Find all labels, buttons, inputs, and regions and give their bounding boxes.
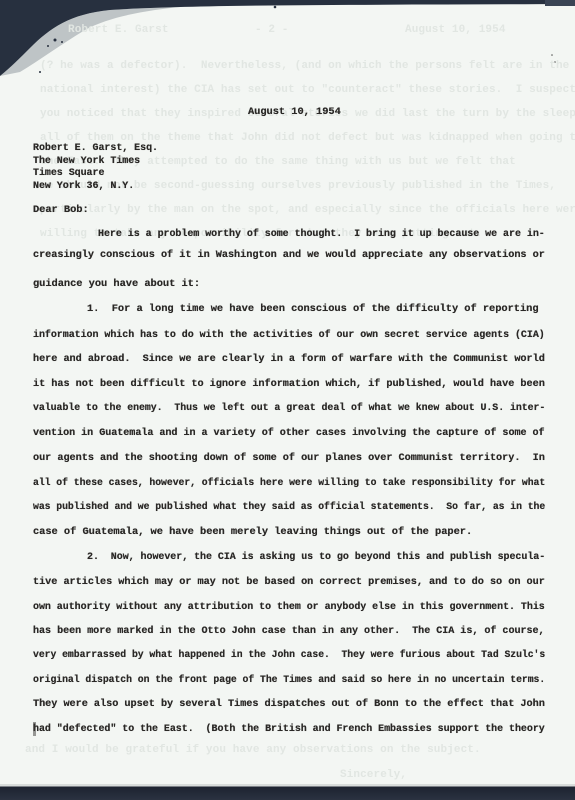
body-line: here and abroad. Since we are clearly in… <box>33 353 545 365</box>
body-line: tive articles which may or may not be ba… <box>33 576 545 588</box>
ink-mark <box>33 722 36 736</box>
bleed-header-right: August 10, 1954 <box>405 24 506 36</box>
body-line: They were also upset by several Times di… <box>33 698 545 710</box>
bleed-line: and I would be grateful if you have any … <box>25 744 481 756</box>
body-line: had "defected" to the East. (Both the Br… <box>33 723 545 735</box>
body-line: was published and we published what they… <box>33 501 545 513</box>
recipient-name: Robert E. Garst, Esq. <box>33 143 158 156</box>
bleed-line: (? he was a defector). Nevertheless, (an… <box>40 60 569 72</box>
body-line: our agents and the shooting down of some… <box>33 452 545 464</box>
letter-date: August 10, 1954 <box>248 106 341 118</box>
bleed-line: particularly by the man on the spot, and… <box>40 204 575 216</box>
body-line: 1. For a long time we have been consciou… <box>87 303 539 315</box>
body-line: guidance you have about it: <box>33 278 200 290</box>
body-line: very embarrassed by what happened in the… <box>33 649 545 661</box>
recipient-organization: The New York Times <box>33 156 140 169</box>
letter-page: Robert E. Garst - 2 - August 10, 1954 (?… <box>0 0 575 800</box>
scan-bottom-edge <box>0 784 575 800</box>
bleed-line: Sincerely, <box>340 769 407 781</box>
bleed-line: national interest) the CIA has set out t… <box>40 84 575 96</box>
recipient-street: Times Square <box>33 168 104 181</box>
body-line: 2. Now, however, the CIA is asking us to… <box>87 551 545 563</box>
body-line: creasingly conscious of it in Washington… <box>33 249 545 261</box>
body-line: it has not been difficult to ignore info… <box>33 378 545 390</box>
body-line: Here is a problem worthy of some thought… <box>98 228 545 240</box>
scan-corner-shadow <box>0 0 575 90</box>
bleed-header-center: - 2 - <box>255 24 289 36</box>
body-line: vention in Guatemala and in a variety of… <box>33 427 545 439</box>
body-line: original dispatch on the front page of T… <box>33 674 545 686</box>
bleed-header-left: Robert E. Garst <box>68 24 169 36</box>
body-line: all of these cases, however, officials h… <box>33 477 545 489</box>
body-line: own authority without any attribution to… <box>33 601 545 613</box>
recipient-city: New York 36, N.Y. <box>33 181 134 194</box>
body-line: information which has to do with the act… <box>33 329 545 341</box>
salutation: Dear Bob: <box>33 204 89 216</box>
body-line: valuable to the enemy. Thus we left out … <box>33 402 545 414</box>
body-line: case of Guatemala, we have been merely l… <box>33 526 472 538</box>
body-line: has been more marked in the Otto John ca… <box>33 625 545 637</box>
